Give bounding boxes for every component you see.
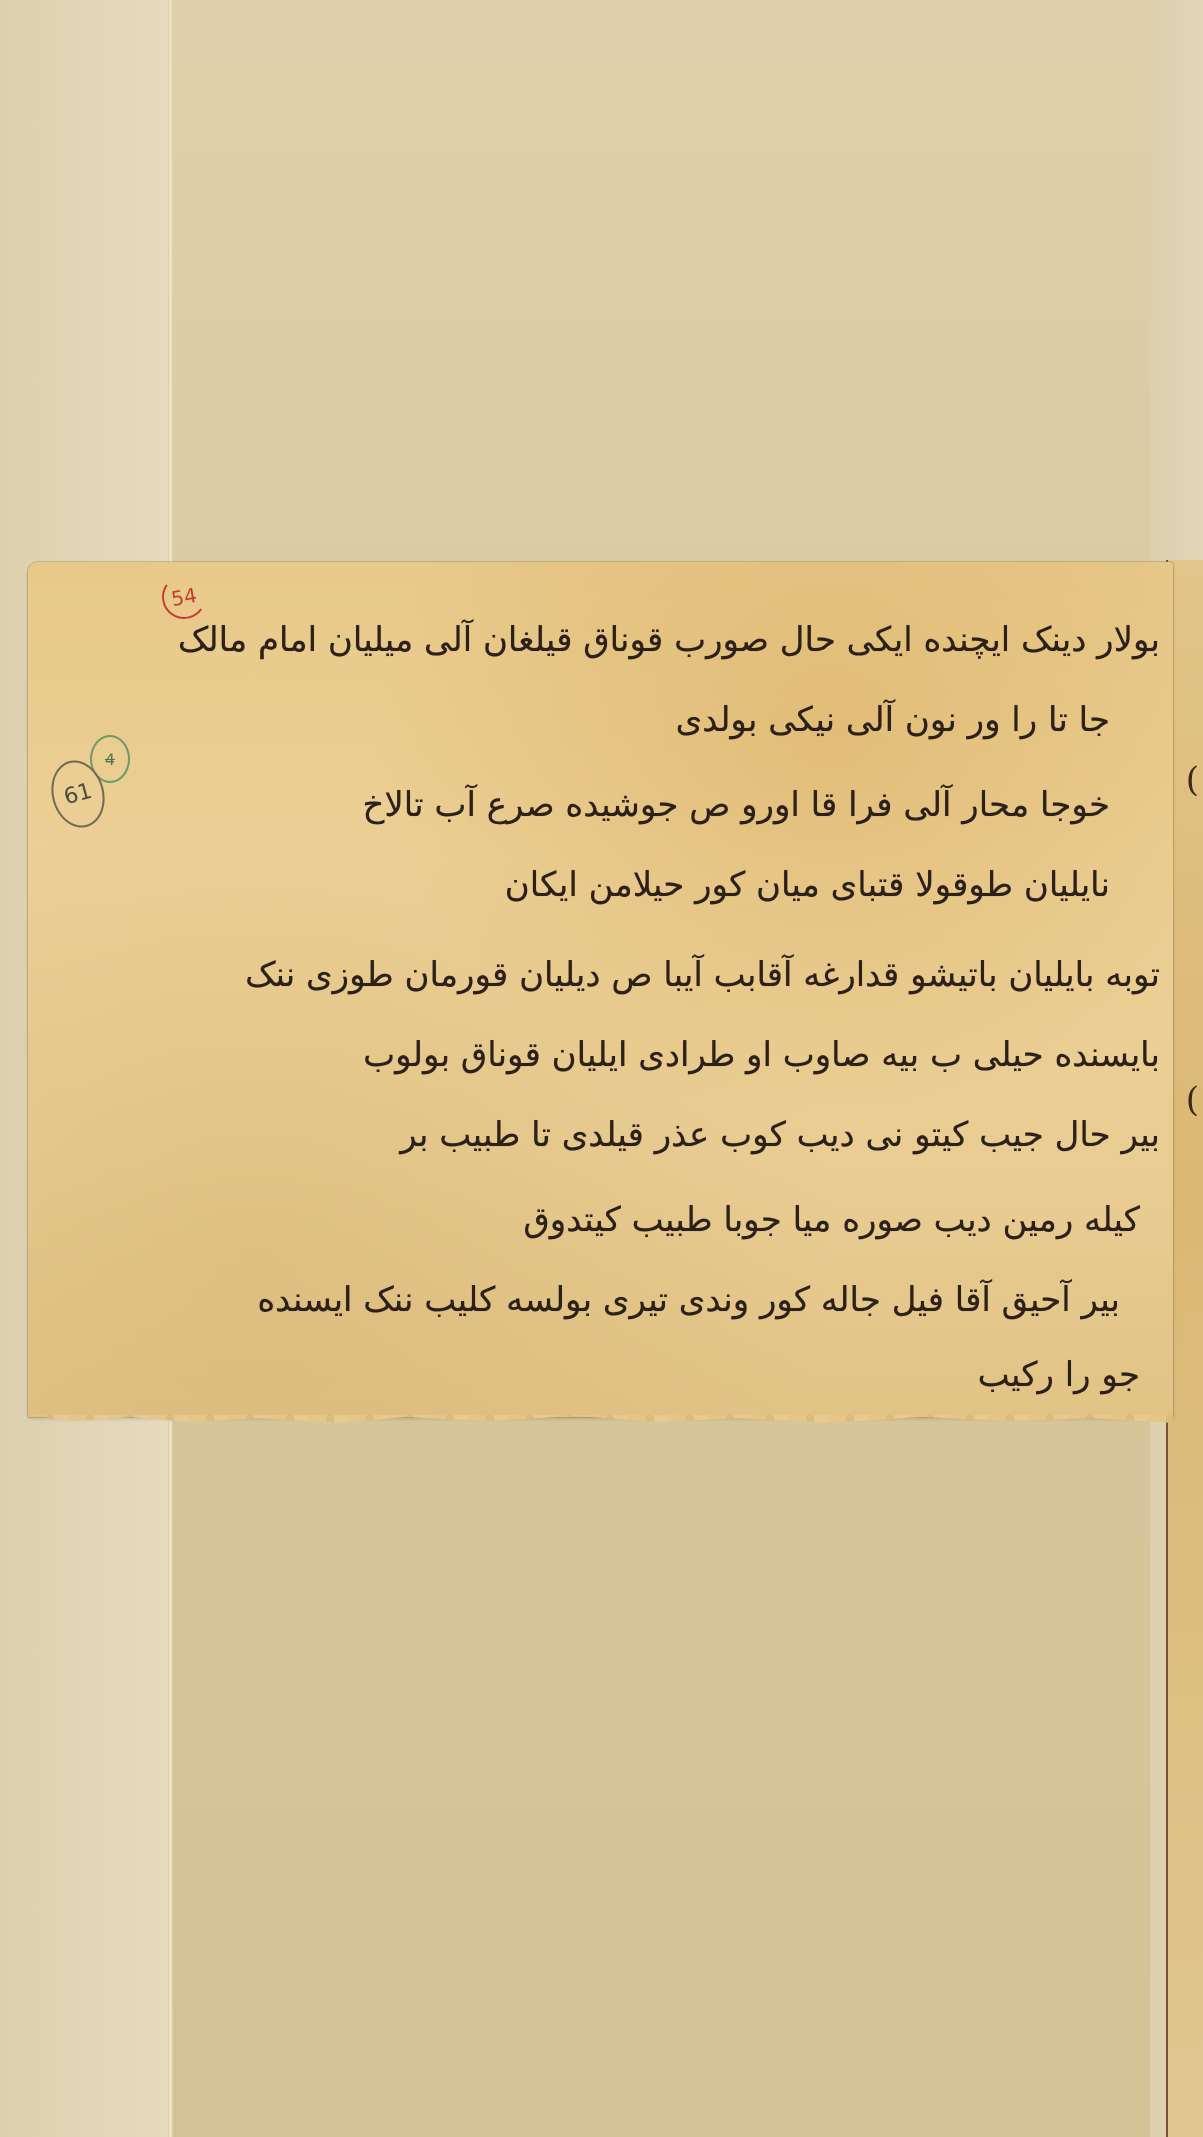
adjacent-leaf-mark: (	[1186, 760, 1199, 800]
text-line-4: نایلیان طوقولا قتبای میان کور حیلامن ایک…	[505, 865, 1110, 905]
text-line-7: بیر حال جیب کیتو نی دیب کوب عذر قیلدی تا…	[400, 1115, 1160, 1155]
text-line-9: بیر آحیق آقا فیل جاله کور وندی تیری بولس…	[257, 1280, 1120, 1320]
text-line-6: بایسنده حیلی ب بیه صاوب او طرادی ایلیان …	[363, 1035, 1160, 1075]
manuscript-text: بولار دینک ایچنده ایکی حال صورب قوناق قی…	[50, 590, 1160, 1410]
text-line-8: کیله رمین دیب صوره میا جوبا طبیب کیتدوق	[523, 1200, 1140, 1240]
text-line-3: خوجا محار آلی فرا قا اورو ص جوشیده صرع آ…	[362, 785, 1110, 825]
adjacent-leaf-mark: (	[1186, 1080, 1199, 1120]
text-line-10: جو را رکیب	[978, 1355, 1140, 1395]
text-line-2: جا تا را ور نون آلی نیکی بولدی	[676, 700, 1110, 740]
text-line-5: توبه بایلیان باتیشو قدارغه آقابب آیبا ص …	[245, 955, 1160, 995]
text-line-1: بولار دینک ایچنده ایکی حال صورب قوناق قی…	[178, 620, 1160, 660]
